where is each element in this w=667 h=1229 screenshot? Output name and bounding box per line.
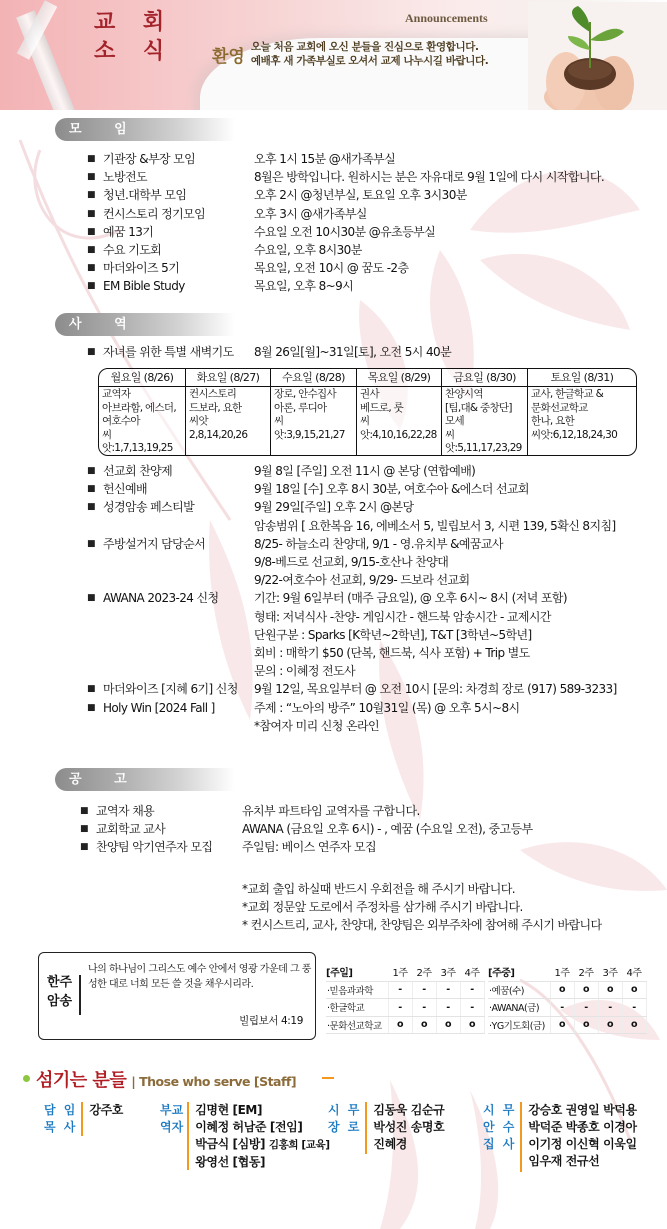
week-mark: - [412, 981, 436, 999]
list-item: ■주방설거지 담당순서8/25- 하늘소리 찬양대, 9/1 - 영.유치부 &… [87, 535, 238, 553]
item-value: 목요일, 오전 10시 @ 꿈도 -2층 [254, 259, 408, 277]
staff-title-english: | Those who serve [Staff] [131, 1074, 296, 1089]
meetings-list: ■기관장 &부장 모임오후 1시 15분 @새가족부실 ■노방전도8월은 방학입… [87, 150, 205, 296]
role-line: 시 무 [483, 1102, 516, 1119]
item-label: 마더와이즈 5기 [103, 259, 179, 277]
staff-name: 왕영선 [협동] [195, 1154, 329, 1171]
list-item: ■기관장 &부장 모임오후 1시 15분 @새가족부실 [87, 150, 205, 168]
item-value: 9월 12일, 목요일부터 @ 오전 10시 [문의: 차경희 장로 (917)… [254, 680, 617, 698]
item-label: 수요 기도회 [103, 241, 161, 259]
item-value: 8월 26일[월]~31일[토], 오전 5시 40분 [254, 343, 451, 361]
item-value: 주제 : “노아의 방주” 10월31일 (목) @ 오후 5시~8시 [254, 699, 520, 717]
program-name: ·한글학교 [326, 999, 388, 1017]
list-item: ■교회학교 교사AWANA (금요일 오후 6시) - , 예꿈 (수요일 오전… [80, 820, 212, 838]
item-value: 유치부 파트타임 교역자를 구합니다. [242, 802, 420, 820]
bullet-icon: ■ [80, 838, 96, 856]
staff-group-ordained-deacons: 시 무 안 수 집 사 강승호 권영일 박덕용 박덕준 박종호 이경아 이기정 … [483, 1102, 637, 1172]
bullet-icon: ■ [87, 241, 103, 259]
week-mark: o [388, 1016, 412, 1034]
list-item: ■선교회 찬양제9월 8일 [주일] 오전 11시 @ 본당 (연합예배) [87, 462, 238, 480]
item-label: 선교회 찬양제 [103, 462, 172, 480]
week-mark: o [598, 981, 622, 999]
welcome-word: 환영 [212, 42, 245, 67]
week-header: 3주 [598, 962, 622, 981]
item-value: 8월은 방학입니다. 원하시는 분은 자유대로 9월 1일에 다시 시작합니다. [254, 168, 604, 186]
cell-line: [팀,대& 중창단] [445, 402, 524, 416]
week-mark: - [460, 999, 484, 1017]
staff-names: 강주호 [89, 1102, 123, 1136]
week-header: 4주 [460, 962, 484, 981]
role-line: 안 수 [483, 1119, 516, 1136]
staff-name: 김동욱 김순규 [373, 1102, 444, 1119]
staff-group-senior-pastor: 담 임 목 사 강주호 [44, 1102, 123, 1136]
list-item-continuation: 9/8-베드로 선교회, 9/15-호산나 찬양대 [87, 553, 238, 571]
label-line: 암송 [47, 992, 72, 1011]
staff-group-elders: 시 무 장 로 김동욱 김순규 박성진 송명호 진혜경 [328, 1102, 444, 1154]
role-line: 담 임 [44, 1102, 77, 1119]
week-header: 4주 [622, 962, 646, 981]
item-label: 예꿈 13기 [103, 223, 153, 241]
item-value: 오후 3시 @새가족부실 [254, 205, 367, 223]
program-name: ·믿음과과학 [326, 981, 388, 999]
bullet-icon: ■ [87, 150, 103, 168]
item-value: *참여자 미리 신청 온라인 [254, 717, 379, 735]
item-label: 자녀를 위한 특별 새벽기도 [103, 343, 234, 361]
sunday-program-table: [주일] 1주 2주 3주 4주 ·믿음과과학 - - - - ·한글학교 - … [326, 962, 485, 1034]
bullet-icon: ■ [87, 168, 103, 186]
ministry-list: ■선교회 찬양제9월 8일 [주일] 오전 11시 @ 본당 (연합예배) ■헌… [87, 462, 238, 735]
schedule-day-header: 목요일 (8/29) [357, 369, 441, 387]
item-label: 마더와이즈 [지혜 6기] 신청 [103, 680, 238, 698]
orange-bar [520, 1102, 522, 1172]
bullet-icon: ■ [87, 205, 103, 223]
week-mark: o [598, 1016, 622, 1034]
bullet-icon: ■ [87, 535, 103, 553]
section-header-meetings: 모 임 [55, 118, 235, 141]
list-item-continuation: 형태: 저녁식사 -찬양- 게임시간 - 핸드북 암송시간 - 교제시간 [87, 608, 238, 626]
staff-names: 김동욱 김순규 박성진 송명호 진혜경 [373, 1102, 444, 1154]
item-value: 형태: 저녁식사 -찬양- 게임시간 - 핸드북 암송시간 - 교제시간 [254, 608, 551, 626]
section-header-notices: 공 고 [55, 768, 235, 791]
schedule-column: 목요일 (8/29) 권사 베드로, 룻 씨앗:4,10,16,22,28 [357, 369, 442, 456]
program-name: ·문화선교학교 [326, 1016, 388, 1034]
cell-line: 씨앗:6,12,18,24,30 [531, 429, 633, 443]
staff-name: 진혜경 [373, 1136, 444, 1153]
item-label: AWANA 2023-24 신청 [103, 589, 219, 607]
divider [79, 975, 81, 1015]
list-item: ■예꿈 13기수요일 오전 10시30분 @유초등부실 [87, 223, 205, 241]
role-line: 역자 [160, 1119, 183, 1136]
week-mark: - [436, 981, 460, 999]
welcome-line-1: 오늘 처음 교회에 오신 분들을 진심으로 환영합니다. [251, 40, 488, 54]
list-item-continuation: 회비 : 매학기 $50 (단복, 핸드북, 식사 포함) + Trip 별도 [87, 644, 238, 662]
cell-line: 교역자 [102, 388, 182, 402]
program-name: ·예꿈(수) [488, 981, 550, 999]
list-item: ■찬양팀 악기연주자 모집주일팀: 베이스 연주자 모집 [80, 838, 212, 856]
cell-line: 씨앗:4,10,16,22,28 [360, 415, 438, 442]
bulletin-page: 교 회 소 식 Announcements 환영 오늘 처음 교회에 오신 분들… [0, 0, 667, 1229]
item-value: 9/22-여호수아 선교회, 9/29- 드보라 선교회 [254, 571, 470, 589]
table-title: [주일] [326, 962, 388, 981]
staff-name: 박금식 [심방] [195, 1137, 265, 1151]
staff-role: 부교 역자 [160, 1102, 183, 1171]
program-name: ·AWANA(금) [488, 999, 550, 1017]
staff-names: 강승호 권영일 박덕용 박덕준 박종호 이경아 이기정 이신혁 이욱일 임우재 … [528, 1102, 636, 1172]
memory-verse-reference: 빌립보서 4:19 [239, 1013, 303, 1028]
dawn-prayer-schedule-table: 월요일 (8/26) 교역자 아브라함, 에스더, 여호수아 씨앗:1,7,13… [98, 368, 637, 456]
cell-line: 문화선교학교 [531, 402, 633, 416]
week-mark: - [388, 999, 412, 1017]
table-row: ·한글학교 - - - - [326, 999, 484, 1017]
list-item: ■컨시스토리 정기모임오후 3시 @새가족부실 [87, 205, 205, 223]
cell-line: 한나, 요한 [531, 415, 633, 429]
bullet-icon: ■ [87, 277, 103, 295]
week-mark: o [574, 981, 598, 999]
cell-line: 씨앗:1,7,13,19,25 [102, 429, 182, 456]
cell-line: 아론, 루디아 [274, 402, 353, 416]
staff-name: 임우재 전규선 [528, 1153, 636, 1170]
remark-line: *교회 정문앞 도로에서 주정차를 삼가해 주시기 바랍니다. [242, 898, 602, 916]
schedule-column: 토요일 (8/31) 교사, 한글학교 & 문화선교학교 한나, 요한 씨앗:6… [528, 369, 636, 456]
week-header: 2주 [574, 962, 598, 981]
item-value: 9월 8일 [주일] 오전 11시 @ 본당 (연합예배) [254, 462, 475, 480]
welcome-message: 환영 오늘 처음 교회에 오신 분들을 진심으로 환영합니다. 예배후 새 가족… [212, 40, 488, 68]
role-line: 목 사 [44, 1119, 77, 1136]
bullet-icon: ■ [87, 480, 103, 498]
cell-line: 교사, 한글학교 & [531, 388, 633, 402]
week-mark: - [598, 999, 622, 1017]
orange-bar [187, 1102, 189, 1170]
bullet-icon: ■ [87, 680, 103, 698]
table-row: ·문화선교학교 o o o o [326, 1016, 484, 1034]
remark-line: * 컨시스트리, 교사, 찬양대, 찬양팀은 외부주차에 참여해 주시기 바랍니… [242, 916, 602, 934]
item-value: 9/8-베드로 선교회, 9/15-호산나 찬양대 [254, 553, 448, 571]
item-value: 오후 2시 @청년부실, 토요일 오후 3시30분 [254, 186, 467, 204]
item-value: 주일팀: 베이스 연주자 모집 [242, 838, 376, 856]
notices-list: ■교역자 채용유치부 파트타임 교역자를 구합니다. ■교회학교 교사AWANA… [80, 802, 212, 857]
week-mark: - [436, 999, 460, 1017]
week-mark: o [550, 981, 574, 999]
item-value: 수요일, 오후 8시30분 [254, 241, 362, 259]
orange-bar [365, 1102, 367, 1154]
green-dot-icon [23, 1075, 30, 1082]
week-mark: - [550, 999, 574, 1017]
title-line-2: 소 식 [94, 37, 174, 66]
cell-line: 찬양시역 [445, 388, 524, 402]
item-label: 기관장 &부장 모임 [103, 150, 195, 168]
item-label: 컨시스토리 정기모임 [103, 205, 205, 223]
schedule-day-header: 월요일 (8/26) [99, 369, 185, 387]
role-line: 장 로 [328, 1119, 361, 1136]
bullet-icon: ■ [87, 186, 103, 204]
schedule-day-header: 토요일 (8/31) [528, 369, 636, 387]
item-value: 오후 1시 15분 @새가족부실 [254, 150, 395, 168]
item-label: EM Bible Study [103, 277, 185, 295]
week-header: 2주 [412, 962, 436, 981]
schedule-cell: 컨시스토리 드보라, 요한 씨앗 2,8,14,20,26 [186, 387, 270, 443]
schedule-cell: 찬양시역 [팀,대& 중창단] 모세 씨앗:5,11,17,23,29 [442, 387, 527, 456]
schedule-day-header: 화요일 (8/27) [186, 369, 270, 387]
role-line: 부교 [160, 1102, 183, 1119]
list-item: ■교역자 채용유치부 파트타임 교역자를 구합니다. [80, 802, 212, 820]
week-mark: o [550, 1016, 574, 1034]
orange-divider [322, 1077, 334, 1079]
staff-role: 담 임 목 사 [44, 1102, 77, 1136]
staff-section-title: 섬기는 분들 | Those who serve [Staff] [23, 1066, 296, 1092]
welcome-line-2: 예배후 새 가족부실로 오셔서 교제 나누시길 바랍니다. [251, 54, 488, 68]
week-mark: - [574, 999, 598, 1017]
week-mark: - [388, 981, 412, 999]
list-item-continuation: 9/22-여호수아 선교회, 9/29- 드보라 선교회 [87, 571, 238, 589]
staff-name: 이기정 이신혁 이욱일 [528, 1136, 636, 1153]
list-item: ■노방전도8월은 방학입니다. 원하시는 분은 자유대로 9월 1일에 다시 시… [87, 168, 205, 186]
bullet-icon: ■ [87, 462, 103, 480]
bullet-icon: ■ [87, 699, 103, 717]
cell-line: 씨앗 [189, 415, 267, 429]
welcome-text: 오늘 처음 교회에 오신 분들을 진심으로 환영합니다. 예배후 새 가족부실로… [251, 40, 488, 68]
cell-line: 아브라함, 에스더, [102, 402, 182, 416]
schedule-day-header: 금요일 (8/30) [442, 369, 527, 387]
bullet-icon: ■ [80, 820, 96, 838]
week-mark: o [412, 1016, 436, 1034]
week-header: 1주 [388, 962, 412, 981]
week-mark: o [574, 1016, 598, 1034]
item-value: 8/25- 하늘소리 찬양대, 9/1 - 영.유치부 &예꿈교사 [254, 535, 503, 553]
schedule-column: 월요일 (8/26) 교역자 아브라함, 에스더, 여호수아 씨앗:1,7,13… [99, 369, 186, 456]
item-label: 교역자 채용 [96, 802, 154, 820]
schedule-cell: 장로, 안수집사 아론, 루디아 씨앗:3,9,15,21,27 [271, 387, 356, 443]
list-item: ■헌신예배9월 18일 [수] 오후 8시 30분, 여호수아 &에스더 선교회 [87, 480, 238, 498]
bullet-icon: ■ [87, 343, 103, 361]
announcements-label: Announcements [405, 11, 488, 26]
table-row: ·믿음과과학 - - - - [326, 981, 484, 999]
list-item: ■자녀를 위한 특별 새벽기도8월 26일[월]~31일[토], 오전 5시 4… [87, 343, 234, 361]
item-value: 목요일, 오후 8~9시 [254, 277, 353, 295]
item-value: 회비 : 매학기 $50 (단복, 핸드북, 식사 포함) + Trip 별도 [254, 644, 530, 662]
list-item: ■성경암송 페스티발9월 29일[주일] 오후 2시 @본당 [87, 498, 238, 516]
role-line: 시 무 [328, 1102, 361, 1119]
week-header: 3주 [436, 962, 460, 981]
title-line-1: 교 회 [94, 8, 174, 37]
cell-line: 베드로, 룻 [360, 402, 438, 416]
staff-name: 강주호 [89, 1102, 123, 1119]
staff-names: 김명현 [EM] 이혜정 허남준 [전임] 박금식 [심방] 김홍희 [교육] … [195, 1102, 329, 1171]
staff-name: 강승호 권영일 박덕용 [528, 1102, 636, 1119]
staff-name: 이혜정 허남준 [전임] [195, 1119, 329, 1136]
bullet-icon: ■ [87, 259, 103, 277]
item-label: 헌신예배 [103, 480, 147, 498]
cell-line: 씨앗:3,9,15,21,27 [274, 415, 353, 442]
staff-role: 시 무 안 수 집 사 [483, 1102, 516, 1172]
item-label: 교회학교 교사 [96, 820, 165, 838]
list-item: ■마더와이즈 [지혜 6기] 신청9월 12일, 목요일부터 @ 오전 10시 … [87, 680, 238, 698]
item-label: Holy Win [2024 Fall ] [103, 699, 215, 717]
memory-verse-box: 한주 암송 나의 하나님이 그리스도 예수 안에서 영광 가운데 그 풍성한 대… [38, 952, 316, 1040]
list-item: ■수요 기도회수요일, 오후 8시30분 [87, 241, 205, 259]
item-value: 문의 : 이혜정 전도사 [254, 662, 355, 680]
cell-line: 여호수아 [102, 415, 182, 429]
label-line: 한주 [47, 973, 72, 992]
week-mark: o [436, 1016, 460, 1034]
list-item-continuation: 문의 : 이혜정 전도사 [87, 662, 238, 680]
role-line: 집 사 [483, 1136, 516, 1153]
notices-remarks: *교회 출입 하실때 반드시 우회전을 해 주시기 바랍니다. *교회 정문앞 … [242, 880, 602, 935]
bullet-icon: ■ [87, 498, 103, 516]
list-item-continuation: 단원구분 : Sparks [K학년~2학년], T&T [3학년~5학년] [87, 626, 238, 644]
schedule-cell: 교사, 한글학교 & 문화선교학교 한나, 요한 씨앗:6,12,18,24,3… [528, 387, 636, 443]
item-value: AWANA (금요일 오후 6시) - , 예꿈 (수요일 오전), 중고등부 [242, 820, 532, 838]
schedule-column: 금요일 (8/30) 찬양시역 [팀,대& 중창단] 모세 씨앗:5,11,17… [442, 369, 528, 456]
schedule-column: 화요일 (8/27) 컨시스토리 드보라, 요한 씨앗 2,8,14,20,26 [186, 369, 271, 456]
dawn-prayer-item: ■자녀를 위한 특별 새벽기도8월 26일[월]~31일[토], 오전 5시 4… [87, 343, 234, 361]
cell-line: 모세 [445, 415, 524, 429]
list-item: ■EM Bible Study목요일, 오후 8~9시 [87, 277, 205, 295]
bullet-icon: ■ [87, 589, 103, 607]
table-row: ·YG기도회(금) o o o o [488, 1016, 646, 1034]
item-value: 기간: 9월 6일부터 (매주 금요일), @ 오후 6시~ 8시 (저녁 포함… [254, 589, 567, 607]
staff-title-korean: 섬기는 분들 [36, 1066, 126, 1092]
week-mark: o [622, 981, 646, 999]
program-name: ·YG기도회(금) [488, 1016, 550, 1034]
staff-group-associate-ministers: 부교 역자 김명현 [EM] 이혜정 허남준 [전임] 박금식 [심방] 김홍희… [160, 1102, 330, 1171]
hands-seedling-image [528, 2, 667, 110]
bullet-icon: ■ [80, 802, 96, 820]
page-title: 교 회 소 식 [94, 8, 174, 66]
cell-line: 2,8,14,20,26 [189, 429, 267, 443]
schedule-cell: 교역자 아브라함, 에스더, 여호수아 씨앗:1,7,13,19,25 [99, 387, 185, 456]
staff-name-row: 박금식 [심방] 김홍희 [교육] [195, 1136, 329, 1154]
week-mark: - [412, 999, 436, 1017]
schedule-day-header: 수요일 (8/28) [271, 369, 356, 387]
list-item-continuation: *참여자 미리 신청 온라인 [87, 717, 238, 735]
schedule-column: 수요일 (8/28) 장로, 안수집사 아론, 루디아 씨앗:3,9,15,21… [271, 369, 357, 456]
item-value: 단원구분 : Sparks [K학년~2학년], T&T [3학년~5학년] [254, 626, 532, 644]
week-header: 1주 [550, 962, 574, 981]
table-row: ·예꿈(수) o o o o [488, 981, 646, 999]
item-value: 암송범위 [ 요한복음 16, 에베소서 5, 빌립보서 3, 시편 139, … [254, 517, 616, 535]
memory-verse-text: 나의 하나님이 그리스도 예수 안에서 영광 가운데 그 풍성한 대로 너희 모… [88, 962, 313, 992]
cell-line: 권사 [360, 388, 438, 402]
week-mark: - [460, 981, 484, 999]
table-row: ·AWANA(금) - - - - [488, 999, 646, 1017]
header-banner: 교 회 소 식 Announcements 환영 오늘 처음 교회에 오신 분들… [0, 0, 667, 110]
list-item-continuation: 암송범위 [ 요한복음 16, 에베소서 5, 빌립보서 3, 시편 139, … [87, 517, 238, 535]
staff-name: 박성진 송명호 [373, 1119, 444, 1136]
item-label: 청년.대학부 모임 [103, 186, 186, 204]
schedule-cell: 권사 베드로, 룻 씨앗:4,10,16,22,28 [357, 387, 441, 443]
item-value: 수요일 오전 10시30분 @유초등부실 [254, 223, 435, 241]
list-item: ■마더와이즈 5기목요일, 오전 10시 @ 꿈도 -2층 [87, 259, 205, 277]
week-mark: - [622, 999, 646, 1017]
section-header-ministry: 사 역 [55, 313, 235, 336]
list-item: ■AWANA 2023-24 신청기간: 9월 6일부터 (매주 금요일), @… [87, 589, 238, 607]
remark-line: *교회 출입 하실때 반드시 우회전을 해 주시기 바랍니다. [242, 880, 602, 898]
item-value: 9월 29일[주일] 오후 2시 @본당 [254, 498, 414, 516]
item-label: 성경암송 페스티발 [103, 498, 194, 516]
staff-name: 박덕준 박종호 이경아 [528, 1119, 636, 1136]
cell-line: 씨앗:5,11,17,23,29 [445, 429, 524, 456]
item-label: 노방전도 [103, 168, 147, 186]
staff-role: 시 무 장 로 [328, 1102, 361, 1154]
memory-verse-label: 한주 암송 [47, 973, 72, 1011]
week-mark: o [460, 1016, 484, 1034]
table-title: [주중] [488, 962, 550, 981]
item-label: 주방설거지 담당순서 [103, 535, 205, 553]
staff-name: 김홍희 [교육] [269, 1139, 330, 1151]
cell-line: 드보라, 요한 [189, 402, 267, 416]
cell-line: 컨시스토리 [189, 388, 267, 402]
cell-line: 장로, 안수집사 [274, 388, 353, 402]
bullet-icon: ■ [87, 223, 103, 241]
orange-bar [81, 1102, 83, 1136]
list-item: ■청년.대학부 모임오후 2시 @청년부실, 토요일 오후 3시30분 [87, 186, 205, 204]
item-label: 찬양팀 악기연주자 모집 [96, 838, 212, 856]
week-mark: o [622, 1016, 646, 1034]
staff-name: 김명현 [EM] [195, 1102, 329, 1119]
item-value: 9월 18일 [수] 오후 8시 30분, 여호수아 &에스더 선교회 [254, 480, 529, 498]
weekday-program-table: [주중] 1주 2주 3주 4주 ·예꿈(수) o o o o ·AWANA(금… [488, 962, 647, 1034]
list-item: ■Holy Win [2024 Fall ]주제 : “노아의 방주” 10월3… [87, 699, 238, 717]
